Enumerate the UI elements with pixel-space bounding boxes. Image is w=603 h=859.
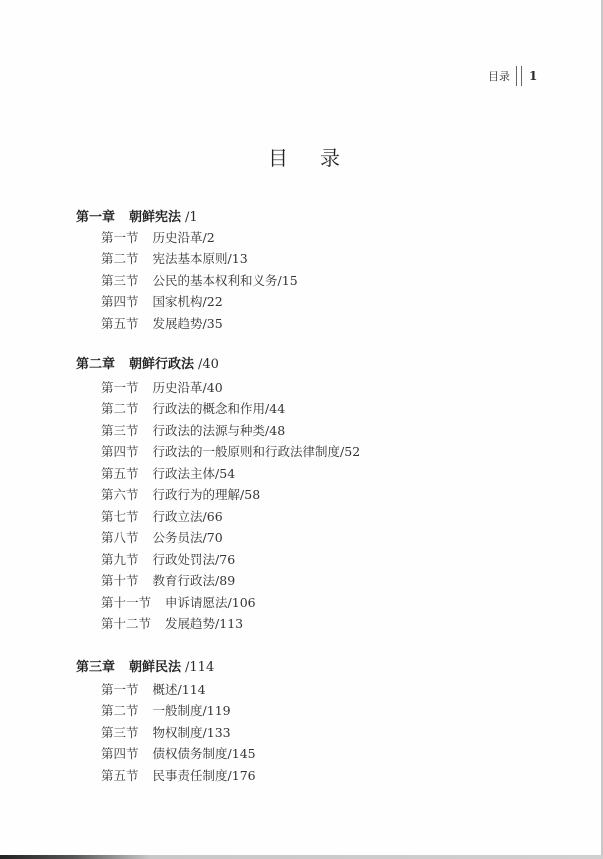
section-page: /22: [203, 294, 223, 309]
section-page: /15: [278, 273, 298, 288]
toc-section: 第五节民事责任制度/176: [101, 766, 256, 784]
toc-section: 第五节发展趋势/35: [101, 314, 223, 332]
page-title: 目录: [268, 142, 372, 171]
running-head: 目录 1: [488, 66, 537, 86]
toc-section: 第一节概述/114: [101, 680, 206, 698]
toc-section: 第二节宪法基本原则/13: [101, 249, 248, 267]
chapter-number: 第一章: [76, 210, 115, 225]
toc-section: 第五节行政法主体/54: [101, 464, 235, 482]
section-number: 第五节: [101, 766, 139, 784]
toc-section: 第三节行政法的法源与种类/48: [101, 421, 285, 439]
section-page: /119: [203, 703, 231, 718]
section-page: /35: [203, 316, 223, 331]
section-title: 历史沿革: [153, 380, 203, 395]
section-title: 一般制度: [153, 703, 203, 718]
section-page: /106: [228, 595, 256, 610]
section-page: /66: [203, 509, 223, 524]
section-page: /89: [215, 573, 235, 588]
section-page: /76: [215, 552, 235, 567]
toc-section: 第三节公民的基本权利和义务/15: [101, 271, 298, 289]
section-number: 第四节: [101, 292, 139, 310]
toc-chapter: 第二章朝鲜行政法/40: [76, 353, 219, 372]
section-number: 第二节: [101, 249, 139, 267]
toc-section: 第四节债权债务制度/145: [101, 744, 256, 762]
section-title: 民事责任制度: [153, 768, 228, 783]
toc-section: 第十节教育行政法/89: [101, 571, 235, 589]
toc-chapter: 第一章朝鲜宪法/1: [76, 206, 198, 225]
section-title: 行政法的概念和作用: [153, 401, 266, 416]
toc-section: 第一节历史沿革/2: [101, 228, 215, 246]
section-number: 第十节: [101, 571, 139, 589]
section-page: /40: [203, 380, 223, 395]
toc-section: 第十一节申诉请愿法/106: [101, 593, 256, 611]
section-page: /2: [203, 230, 215, 245]
section-title: 行政法的一般原则和行政法律制度: [153, 444, 341, 459]
section-number: 第四节: [101, 744, 139, 762]
chapter-title: 朝鲜行政法: [129, 357, 194, 372]
chapter-title: 朝鲜宪法: [129, 210, 181, 225]
section-page: /44: [265, 401, 285, 416]
section-title: 宪法基本原则: [153, 251, 228, 266]
chapter-number: 第二章: [76, 357, 115, 372]
section-number: 第一节: [101, 378, 139, 396]
page-number: 1: [529, 69, 537, 83]
section-title: 国家机构: [153, 294, 203, 309]
section-number: 第六节: [101, 485, 139, 503]
section-number: 第八节: [101, 528, 139, 546]
section-number: 第七节: [101, 507, 139, 525]
section-title: 公务员法: [153, 530, 203, 545]
section-title: 发展趋势: [153, 316, 203, 331]
section-title: 申诉请愿法: [165, 595, 228, 610]
section-number: 第一节: [101, 228, 139, 246]
section-number: 第五节: [101, 464, 139, 482]
section-number: 第二节: [101, 399, 139, 417]
section-number: 第三节: [101, 271, 139, 289]
toc-section: 第九节行政处罚法/76: [101, 550, 235, 568]
book-page: 目录 1 目录 第一章朝鲜宪法/1 第一节历史沿革/2 第二节宪法基本原则/13…: [0, 0, 601, 855]
section-page: /145: [228, 746, 256, 761]
section-page: /113: [215, 616, 243, 631]
section-number: 第三节: [101, 723, 139, 741]
chapter-title: 朝鲜民法: [129, 660, 181, 675]
toc-section: 第六节行政行为的理解/58: [101, 485, 260, 503]
section-number: 第九节: [101, 550, 139, 568]
section-number: 第十一节: [101, 593, 151, 611]
section-page: /52: [340, 444, 360, 459]
toc-section: 第四节国家机构/22: [101, 292, 223, 310]
toc-chapter: 第三章朝鲜民法/114: [76, 656, 214, 675]
section-number: 第二节: [101, 701, 139, 719]
toc-section: 第四节行政法的一般原则和行政法律制度/52: [101, 442, 360, 460]
scan-edge-bottom: [0, 855, 603, 859]
section-number: 第一节: [101, 680, 139, 698]
section-title: 行政法的法源与种类: [153, 423, 266, 438]
section-number: 第三节: [101, 421, 139, 439]
section-number: 第四节: [101, 442, 139, 460]
section-page: /58: [240, 487, 260, 502]
section-page: /70: [203, 530, 223, 545]
chapter-page: /114: [185, 660, 214, 675]
section-title: 教育行政法: [153, 573, 216, 588]
chapter-page: /1: [185, 210, 198, 225]
section-page: /114: [178, 682, 206, 697]
section-title: 发展趋势: [165, 616, 215, 631]
toc-section: 第二节行政法的概念和作用/44: [101, 399, 285, 417]
toc-section: 第十二节发展趋势/113: [101, 614, 243, 632]
section-title: 行政行为的理解: [153, 487, 241, 502]
section-title: 债权债务制度: [153, 746, 228, 761]
section-title: 概述: [153, 682, 178, 697]
toc-section: 第八节公务员法/70: [101, 528, 223, 546]
chapter-number: 第三章: [76, 660, 115, 675]
toc-section: 第七节行政立法/66: [101, 507, 223, 525]
section-page: /13: [228, 251, 248, 266]
toc-section: 第一节历史沿革/40: [101, 378, 223, 396]
section-title: 行政法主体: [153, 466, 216, 481]
section-page: /48: [265, 423, 285, 438]
section-page: /133: [203, 725, 231, 740]
section-title: 历史沿革: [153, 230, 203, 245]
section-page: /176: [228, 768, 256, 783]
chapter-page: /40: [198, 357, 219, 372]
section-title: 公民的基本权利和义务: [153, 273, 278, 288]
running-head-divider: [516, 66, 522, 86]
section-number: 第十二节: [101, 614, 151, 632]
toc-section: 第二节一般制度/119: [101, 701, 231, 719]
section-title: 行政处罚法: [153, 552, 216, 567]
section-title: 物权制度: [153, 725, 203, 740]
running-head-label: 目录: [488, 68, 510, 84]
section-title: 行政立法: [153, 509, 203, 524]
section-page: /54: [215, 466, 235, 481]
toc-section: 第三节物权制度/133: [101, 723, 231, 741]
section-number: 第五节: [101, 314, 139, 332]
